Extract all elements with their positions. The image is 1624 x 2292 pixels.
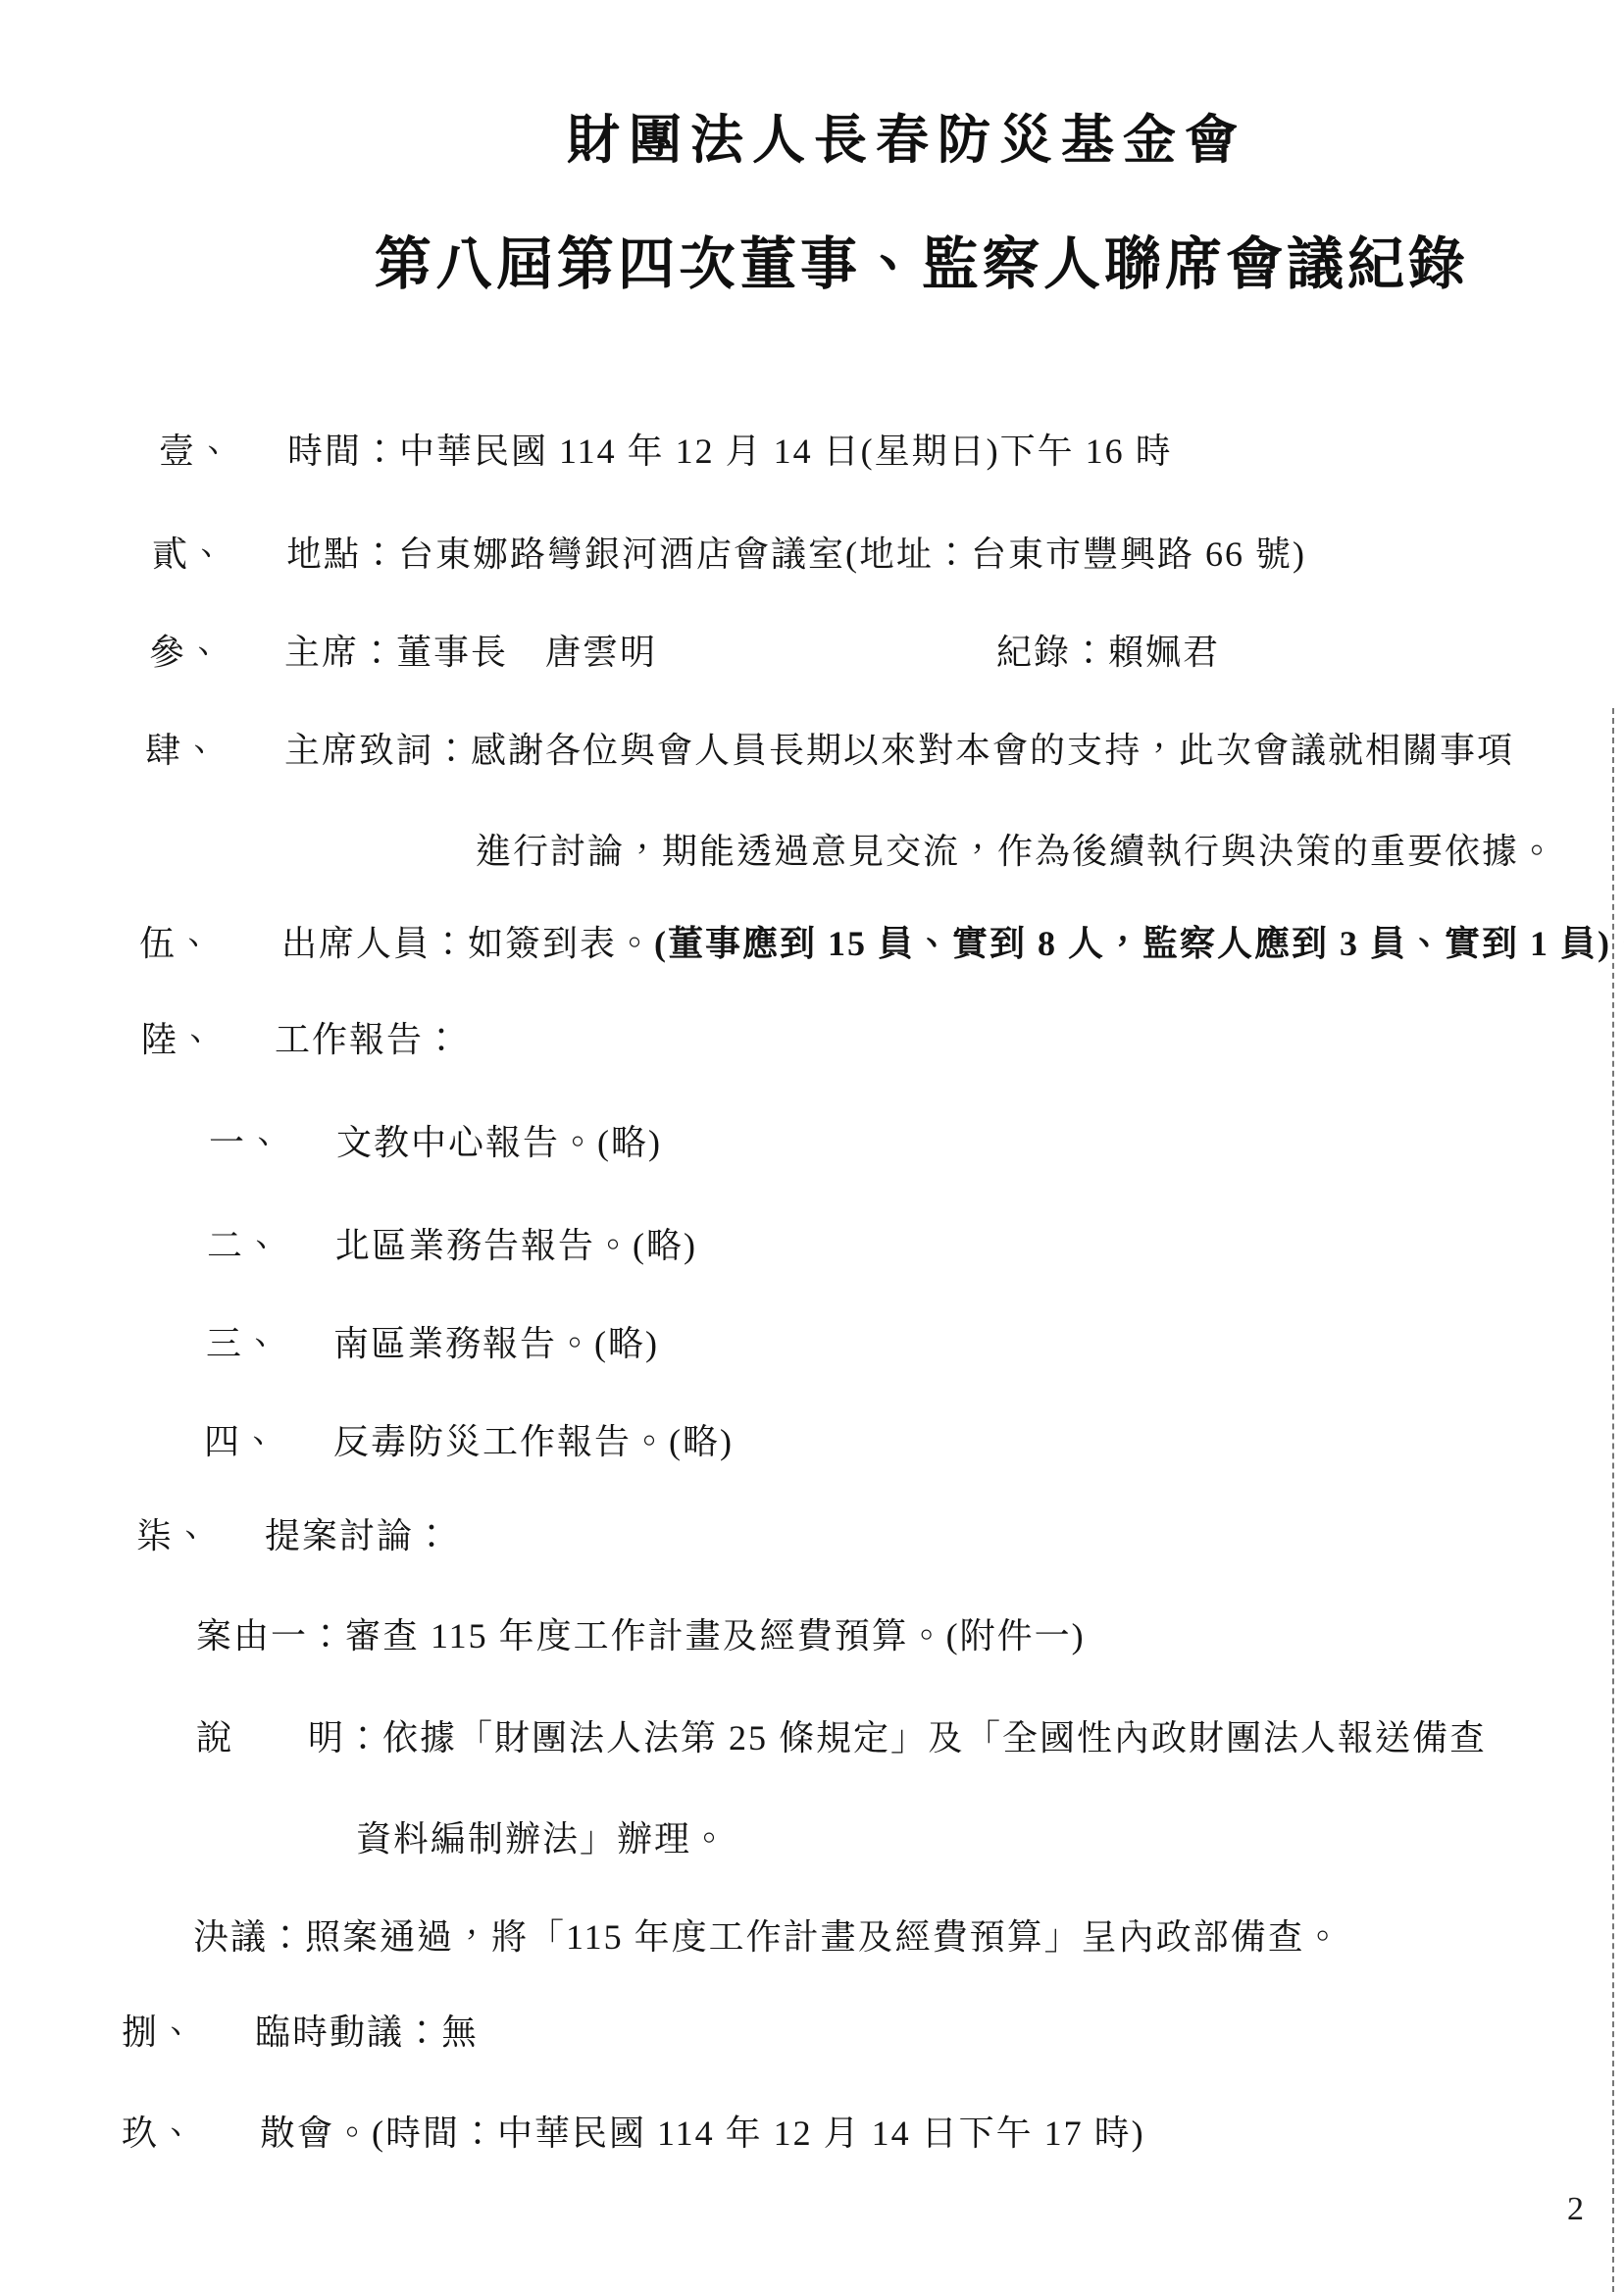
line-text: 主席致詞：感謝各位與會人員長期以來對本會的支持，此次會議就相關事項 xyxy=(284,731,1514,771)
line-text: 說 明：依據「財團法人法第 25 條規定」及「全國性內政財團法人報送備查 xyxy=(196,1718,1487,1758)
proposal-case-1-explanation-continued: 資料編制辦法」辦理。 xyxy=(0,1819,1624,1862)
line-text: 案由一：審查 115 年度工作計畫及經費預算。(附件一) xyxy=(196,1616,1086,1656)
ordinal: 貳、 xyxy=(152,535,227,575)
item-proposal-discussion: 柒、 提案討論： xyxy=(0,1516,1624,1559)
ordinal: 一、 xyxy=(209,1123,283,1163)
item-adjournment: 玖、 散會。(時間：中華民國 114 年 12 月 14 日下午 17 時) xyxy=(0,2114,1624,2157)
ordinal: 玖、 xyxy=(122,2114,196,2154)
work-report-3-south-region: 三、 南區業務報告。(略) xyxy=(0,1324,1624,1367)
line-text: 資料編制辦法」辦理。 xyxy=(356,1819,729,1859)
attendance-counts: (董事應到 15 員、實到 8 人，監察人應到 3 員、實到 1 員) xyxy=(654,924,1611,963)
line-text: 出席人員：如簽到表。(董事應到 15 員、實到 8 人，監察人應到 3 員、實到… xyxy=(281,924,1624,964)
ordinal: 柒、 xyxy=(136,1516,211,1556)
ordinal: 三、 xyxy=(206,1324,280,1364)
item-chair-remarks-continued: 進行討論，期能透過意見交流，作為後續執行與決策的重要依據。 xyxy=(0,832,1624,875)
scan-edge-dashed-line xyxy=(1612,708,1614,2292)
ordinal: 四、 xyxy=(204,1422,279,1462)
line-text: 臨時動議：無 xyxy=(255,2012,479,2053)
ordinal: 肆、 xyxy=(145,731,220,771)
ordinal: 捌、 xyxy=(122,2012,196,2053)
line-text: 時間：中華民國 114 年 12 月 14 日(星期日)下午 16 時 xyxy=(287,432,1173,472)
attendance-intro: 出席人員：如簽到表。 xyxy=(281,924,654,963)
line-text: 散會。(時間：中華民國 114 年 12 月 14 日下午 17 時) xyxy=(260,2114,1145,2154)
line-text: 北區業務告報告。(略) xyxy=(334,1226,697,1266)
item-chair-remarks: 肆、 主席致詞：感謝各位與會人員長期以來對本會的支持，此次會議就相關事項 xyxy=(0,731,1624,774)
line-text: 南區業務報告。(略) xyxy=(333,1324,659,1364)
proposal-case-1: 案由一：審查 115 年度工作計畫及經費預算。(附件一) xyxy=(0,1616,1624,1659)
item-chairman: 參、 主席：董事長 唐雲明 紀錄：賴姵君 xyxy=(0,633,1624,676)
line-text: 文教中心報告。(略) xyxy=(336,1123,662,1163)
line-text: 反毒防災工作報告。(略) xyxy=(333,1422,734,1462)
line-text: 進行討論，期能透過意見交流，作為後續執行與決策的重要依據。 xyxy=(476,832,1556,872)
line-text: 主席：董事長 唐雲明 xyxy=(284,633,657,673)
scanned-meeting-minutes-page: 財團法人長春防災基金會 第八屆第四次董事、監察人聯席會議紀錄 壹、 時間：中華民… xyxy=(0,0,1624,2292)
work-report-1-culture-education-center: 一、 文教中心報告。(略) xyxy=(0,1123,1624,1166)
page-number: 2 xyxy=(1567,2191,1584,2228)
work-report-2-north-region: 二、 北區業務告報告。(略) xyxy=(0,1226,1624,1269)
ordinal: 壹、 xyxy=(159,432,233,472)
line-text: 提案討論： xyxy=(265,1516,451,1556)
item-location: 貳、 地點：台東娜路彎銀河酒店會議室(地址：台東市豐興路 66 號) xyxy=(0,535,1624,578)
item-work-reports: 陸、 工作報告： xyxy=(0,1020,1624,1063)
item-attendance: 伍、 出席人員：如簽到表。(董事應到 15 員、實到 8 人，監察人應到 3 員… xyxy=(0,924,1624,967)
ordinal: 參、 xyxy=(149,633,224,673)
document-title: 財團法人長春防災基金會 xyxy=(567,98,1246,174)
proposal-case-1-explanation: 說 明：依據「財團法人法第 25 條規定」及「全國性內政財團法人報送備查 xyxy=(0,1718,1624,1761)
line-text: 地點：台東娜路彎銀河酒店會議室(地址：台東市豐興路 66 號) xyxy=(286,535,1306,575)
proposal-case-1-resolution: 決議：照案通過，將「115 年度工作計畫及經費預算」呈內政部備查。 xyxy=(0,1917,1624,1961)
recorder-label: 紀錄：賴姵君 xyxy=(996,633,1220,673)
ordinal: 二、 xyxy=(207,1226,281,1266)
document-subtitle: 第八屆第四次董事、監察人聯席會議紀錄 xyxy=(375,218,1469,300)
item-time: 壹、 時間：中華民國 114 年 12 月 14 日(星期日)下午 16 時 xyxy=(0,432,1624,475)
line-text: 決議：照案通過，將「115 年度工作計畫及經費預算」呈內政部備查。 xyxy=(193,1917,1343,1958)
ordinal: 伍、 xyxy=(139,924,214,964)
work-report-4-anti-drug-disaster-prevention: 四、 反毒防災工作報告。(略) xyxy=(0,1422,1624,1465)
ordinal: 陸、 xyxy=(141,1020,216,1060)
line-text: 工作報告： xyxy=(275,1020,461,1060)
item-extempore-motions: 捌、 臨時動議：無 xyxy=(0,2012,1624,2056)
